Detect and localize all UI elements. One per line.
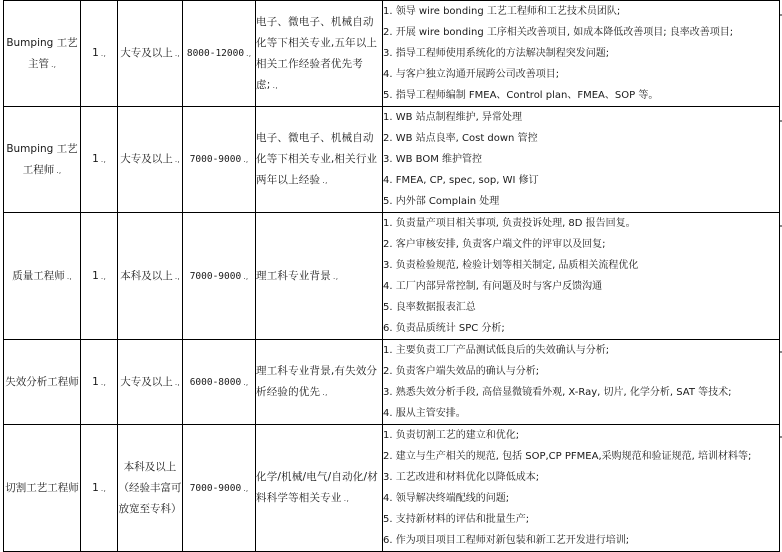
paragraph-mark: .,: [101, 378, 106, 387]
requirements-text: 理工科专业背景,有失效分析经验的优先: [256, 365, 377, 398]
duty-item: 5. 内外部 Complain 处理: [383, 191, 779, 212]
salary-value: 7000-9000: [190, 483, 241, 494]
position-title: 质量工程师: [12, 270, 65, 282]
duties-cell[interactable]: 1. 领导 wire bonding 工艺工程师和工艺技术员团队; 2. 开展 …: [383, 1, 780, 107]
headcount-value: 1: [92, 482, 99, 494]
paragraph-mark: .,: [243, 272, 248, 281]
education-value: 大专及以上: [120, 153, 173, 165]
headcount-value: 1: [92, 47, 99, 59]
paragraph-mark: .,: [333, 272, 339, 281]
table-row: Bumping 工艺主管., 1., 大专及以上., 8000-12000., …: [4, 1, 780, 107]
duty-item: 2. 负责客户端失效品的确认与分析;: [383, 361, 779, 382]
duty-item: 3. 指导工程师使用系统化的方法解决制程突发问题;: [383, 43, 779, 64]
paragraph-mark: .,: [344, 494, 350, 503]
duty-item: 1. 主要负责工厂产品测试低良后的失效确认与分析;: [383, 340, 779, 361]
headcount-cell[interactable]: 1.,: [81, 425, 118, 552]
headcount-value: 1: [92, 376, 99, 388]
paragraph-mark: .,: [175, 272, 180, 281]
paragraph-mark: .,: [101, 484, 106, 493]
position-title: 失效分析工程师: [5, 376, 79, 388]
position-title: Bumping 工艺工程师: [6, 143, 77, 176]
salary-value: 7000-9000: [190, 271, 241, 282]
education-cell[interactable]: 大专及以上.,: [118, 107, 183, 213]
duty-item: 3. 工艺改进和材料优化以降低成本;: [383, 467, 779, 488]
duty-item: 6. 负责品质统计 SPC 分析;: [383, 318, 779, 339]
duty-item: 2. 建立与生产相关的规范, 包括 SOP,CP PFMEA,采购规范和验证规范…: [383, 446, 779, 467]
requirements-text: 电子、微电子、机械自动化等下相关专业,相关行业两年以上经验: [256, 132, 377, 186]
position-cell[interactable]: 切割工艺工程师: [4, 425, 81, 552]
table-row: 切割工艺工程师 1., 本科及以上（经验丰富可放宽至专科） 7000-9000.…: [4, 425, 780, 552]
position-cell[interactable]: Bumping 工艺工程师.,: [4, 107, 81, 213]
duty-item: 4. 工厂内部异常控制, 有问题及时与客户反馈沟通: [383, 276, 779, 297]
position-cell[interactable]: 质量工程师.,: [4, 213, 81, 340]
duty-item: 1. 负责切割工艺的建立和优化;: [383, 425, 779, 446]
requirements-cell[interactable]: 电子、微电子、机械自动化等下相关专业,五年以上相关工作经验者优先考虑;.,: [256, 1, 383, 107]
duty-item: 5. 良率数据报表汇总: [383, 297, 779, 318]
paragraph-mark: .,: [67, 272, 72, 281]
paragraph-mark: .,: [101, 155, 106, 164]
salary-cell[interactable]: 7000-9000.,: [183, 425, 256, 552]
education-cell[interactable]: 大专及以上.,: [118, 340, 183, 425]
paragraph-mark: .,: [175, 155, 180, 164]
paragraph-mark: .,: [56, 166, 61, 175]
duties-cell[interactable]: 1. WB 站点制程维护, 异常处理 2. WB 站点良率, Cost down…: [383, 107, 780, 213]
requirements-text: 化学/机械/电气/自动化/材料科学等相关专业: [256, 471, 378, 504]
salary-value: 6000-8000: [190, 377, 241, 388]
requirements-text: 电子、微电子、机械自动化等下相关专业,五年以上相关工作经验者优先考虑;: [256, 16, 377, 91]
duty-item: 3. WB BOM 维护管控: [383, 149, 779, 170]
duty-item: 1. WB 站点制程维护, 异常处理: [383, 107, 779, 128]
education-value: 大专及以上: [120, 47, 173, 59]
duty-item: 2. 开展 wire bonding 工序相关改善项目, 如成本降低改善项目; …: [383, 22, 779, 43]
headcount-cell[interactable]: 1.,: [81, 107, 118, 213]
position-cell[interactable]: Bumping 工艺主管.,: [4, 1, 81, 107]
paragraph-mark: .,: [175, 378, 180, 387]
headcount-value: 1: [92, 270, 99, 282]
education-cell[interactable]: 大专及以上.,: [118, 1, 183, 107]
table-row: 失效分析工程师 1., 大专及以上., 6000-8000., 理工科专业背景,…: [4, 340, 780, 425]
salary-cell[interactable]: 6000-8000.,: [183, 340, 256, 425]
salary-cell[interactable]: 7000-9000.,: [183, 107, 256, 213]
headcount-cell[interactable]: 1.,: [81, 213, 118, 340]
requirements-cell[interactable]: 理工科专业背景.,: [256, 213, 383, 340]
duty-item: 1. 负责量产项目相关事项, 负责投诉处理, 8D 报告回复。: [383, 213, 779, 234]
education-value: 大专及以上: [120, 376, 173, 388]
position-title: 切割工艺工程师: [5, 482, 79, 494]
headcount-cell[interactable]: 1.,: [81, 1, 118, 107]
duty-item: 3. 负责检验规范, 检验计划等相关制定, 品质相关流程优化: [383, 255, 779, 276]
paragraph-mark: .,: [51, 60, 56, 69]
paragraph-mark: .,: [101, 272, 106, 281]
education-cell[interactable]: 本科及以上.,: [118, 213, 183, 340]
education-value: 本科及以上: [120, 270, 173, 282]
duty-item: 4. FMEA, CP, spec, sop, WI 修订: [383, 170, 779, 191]
duty-item: 5. 支持新材料的评估和批量生产;: [383, 509, 779, 530]
table-row: 质量工程师., 1., 本科及以上., 7000-9000., 理工科专业背景.…: [4, 213, 780, 340]
duty-item: 4. 领导解决终端配线的问题;: [383, 488, 779, 509]
duty-item: 5. 指导工程师编制 FMEA、Control plan、FMEA、SOP 等。: [383, 85, 779, 106]
requirements-cell[interactable]: 电子、微电子、机械自动化等下相关专业,相关行业两年以上经验.,: [256, 107, 383, 213]
headcount-value: 1: [92, 153, 99, 165]
position-cell[interactable]: 失效分析工程师: [4, 340, 81, 425]
duty-item: 1. 领导 wire bonding 工艺工程师和工艺技术员团队;: [383, 1, 779, 22]
paragraph-mark: .,: [243, 484, 248, 493]
requirements-text: 理工科专业背景: [256, 270, 331, 282]
paragraph-mark: .,: [243, 378, 248, 387]
duty-item: 3. 熟悉失效分析手段, 高倍显微镜看外观, X-Ray, 切片, 化学分析, …: [383, 382, 779, 403]
requirements-cell[interactable]: 理工科专业背景,有失效分析经验的优先.,: [256, 340, 383, 425]
duty-item: 6. 作为项目项目工程师对新包装和新工艺开发进行培训;: [383, 530, 779, 551]
education-cell[interactable]: 本科及以上（经验丰富可放宽至专科）: [118, 425, 183, 552]
table-row: Bumping 工艺工程师., 1., 大专及以上., 7000-9000., …: [4, 107, 780, 213]
paragraph-mark: .,: [246, 49, 251, 58]
duties-cell[interactable]: 1. 负责切割工艺的建立和优化; 2. 建立与生产相关的规范, 包括 SOP,C…: [383, 425, 780, 552]
requirements-cell[interactable]: 化学/机械/电气/自动化/材料科学等相关专业.,: [256, 425, 383, 552]
paragraph-mark: .,: [101, 49, 106, 58]
paragraph-mark: .,: [243, 155, 248, 164]
paragraph-mark: .,: [272, 81, 278, 90]
duty-item: 2. WB 站点良率, Cost down 管控: [383, 128, 779, 149]
paragraph-mark: .,: [175, 49, 180, 58]
duties-cell[interactable]: 1. 主要负责工厂产品测试低良后的失效确认与分析; 2. 负责客户端失效品的确认…: [383, 340, 780, 425]
headcount-cell[interactable]: 1.,: [81, 340, 118, 425]
position-title: Bumping 工艺主管: [6, 37, 77, 70]
paragraph-mark: .,: [322, 388, 328, 397]
salary-value: 8000-12000: [187, 48, 244, 59]
duty-item: 4. 服从主管安排。: [383, 403, 779, 424]
education-value: 本科及以上（经验丰富可放宽至专科）: [119, 461, 182, 515]
duties-cell[interactable]: 1. 负责量产项目相关事项, 负责投诉处理, 8D 报告回复。 2. 客户审核安…: [383, 213, 780, 340]
salary-cell[interactable]: 7000-9000.,: [183, 213, 256, 340]
paragraph-mark: .,: [322, 176, 328, 185]
salary-value: 7000-9000: [190, 154, 241, 165]
duty-item: 2. 客户审核安排, 负责客户端文件的评审以及回复;: [383, 234, 779, 255]
salary-cell[interactable]: 8000-12000.,: [183, 1, 256, 107]
duty-item: 4. 与客户独立沟通开展跨公司改善项目;: [383, 64, 779, 85]
job-postings-table: Bumping 工艺主管., 1., 大专及以上., 8000-12000., …: [3, 0, 780, 552]
